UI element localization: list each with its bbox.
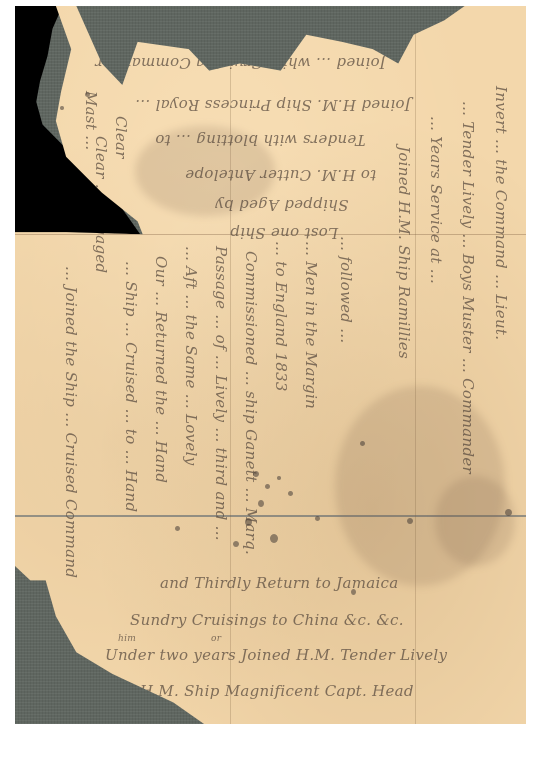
ink-spot: [288, 491, 293, 496]
handwritten-fragment: Mast ...: [82, 91, 100, 151]
water-stain: [435, 476, 515, 566]
handwritten-line-inverted: to H.M. Cutter Antelope: [185, 166, 376, 184]
handwritten-line-vertical: ... Ship ... Cruised ... to ... Hand: [122, 261, 140, 512]
handwritten-line-vertical: Our ... Returned the ... Hand: [152, 256, 170, 483]
ink-spot: [265, 484, 270, 489]
handwritten-line: Under two years Joined H.M. Tender Livel…: [105, 646, 447, 664]
ink-spot: [270, 534, 278, 543]
handwritten-line-vertical: ... Years Service at ...: [427, 116, 445, 284]
superscript-note: or: [211, 634, 221, 644]
handwritten-line-vertical: ... Joined the Ship ... Cruised Command: [62, 266, 80, 578]
handwritten-fragment: Clear: [112, 116, 130, 159]
handwritten-line-vertical: Passage ... of ... Lively ... third and …: [212, 246, 230, 541]
handwritten-line-vertical: Commissioned ... ship Ganett ... Marq.: [242, 251, 260, 555]
handwritten-line: Sundry Cruisings to China &c. &c.: [130, 611, 404, 629]
ink-spot: [60, 106, 64, 110]
document-scan: and Thirdly Return to Jamaica Sundry Cru…: [15, 6, 526, 724]
superscript-note: him: [118, 634, 136, 644]
fold-line: [415, 6, 416, 724]
handwritten-line-vertical: ... Aft ... the Same ... Lovely: [182, 246, 200, 465]
ink-spot: [277, 476, 281, 480]
handwritten-line-vertical: Invert ... the Command ... Lieut.: [492, 86, 510, 340]
handwritten-line-vertical: ... Tender Lively ... Boys Muster ... Co…: [459, 101, 477, 474]
handwritten-line-inverted: Tenders with blotting ... to: [155, 131, 365, 149]
handwritten-line-vertical: ... Men in the Margin: [302, 241, 320, 409]
ink-spot: [315, 516, 320, 521]
handwritten-line-vertical: ... to England 1833: [272, 241, 290, 392]
handwritten-line-inverted: Lost one Ship: [230, 224, 338, 242]
handwritten-line-inverted: Joined H.M. Ship Princess Royal ...: [135, 96, 411, 114]
handwritten-line-inverted: Shipped Aged by: [215, 196, 348, 214]
handwritten-line: and Thirdly Return to Jamaica: [160, 574, 399, 592]
handwritten-line-vertical: ... followed ...: [337, 236, 355, 343]
ink-spot: [175, 526, 180, 531]
manuscript-page: and Thirdly Return to Jamaica Sundry Cru…: [15, 6, 526, 724]
handwritten-line-vertical: Joined H.M. Ship Ramillies: [395, 146, 413, 359]
ink-spot: [360, 441, 365, 446]
ink-spot: [407, 518, 413, 524]
ink-spot: [233, 541, 239, 547]
handwritten-line: Joined H.M. Ship Magnificent Capt. Head: [85, 682, 414, 700]
ink-spot: [505, 509, 512, 516]
handwritten-line-inverted: Joined ... while Cruising Commander: [95, 54, 386, 72]
